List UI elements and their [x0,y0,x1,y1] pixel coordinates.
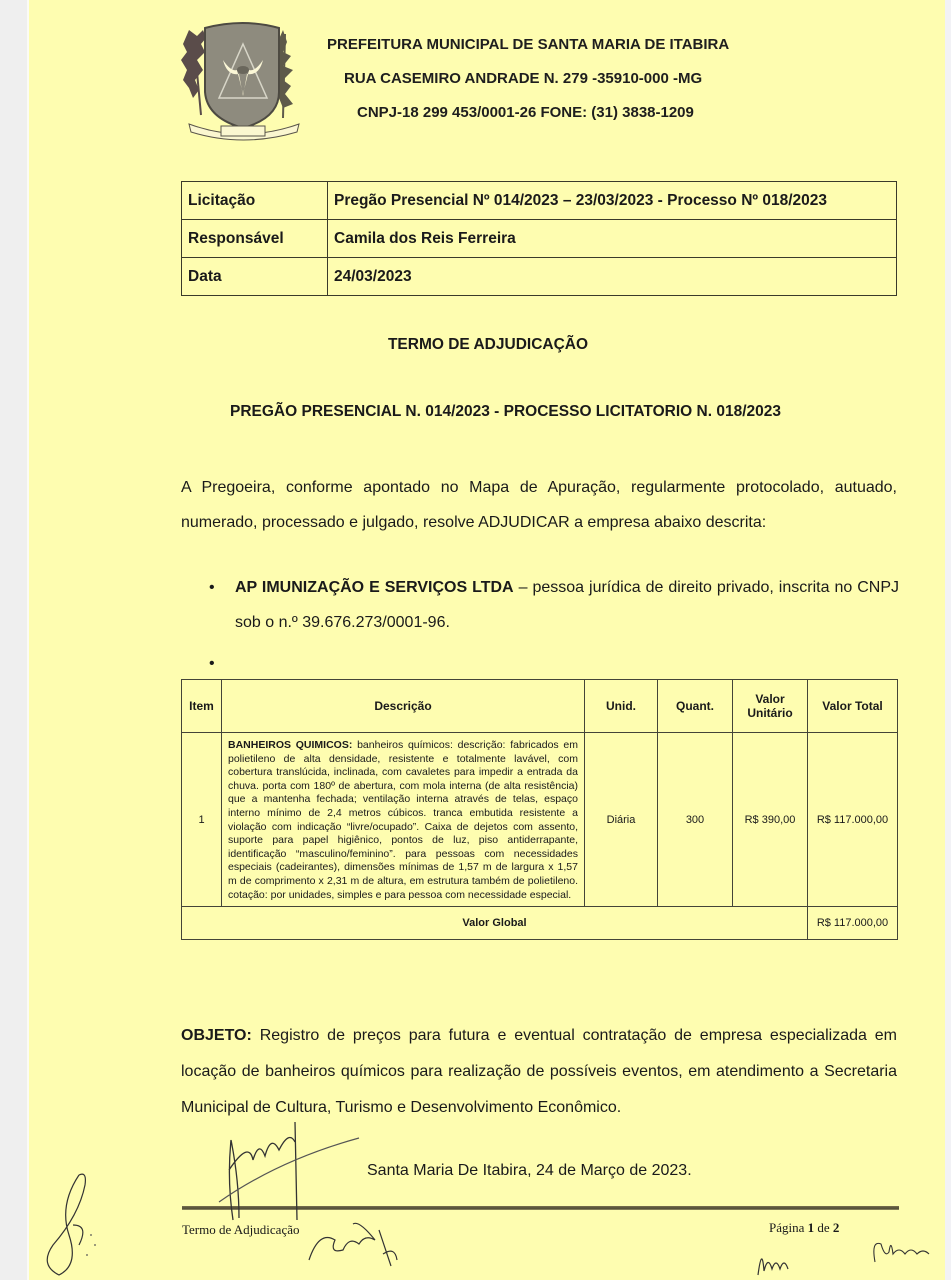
org-contact: CNPJ-18 299 453/0001-26 FONE: (31) 3838-… [327,102,729,136]
footer-divider [182,1206,899,1210]
signature-mark [39,1165,129,1280]
initials-mark [299,1210,419,1280]
col-unit-price: Valor Unitário [733,680,808,733]
info-row: Licitação Pregão Presencial Nº 014/2023 … [182,182,897,220]
info-row: Responsável Camila dos Reis Ferreira [182,220,897,258]
object-label: OBJETO: [181,1027,252,1044]
item-total: R$ 117.000,00 [808,733,898,907]
document-subtitle: PREGÃO PRESENCIAL N. 014/2023 - PROCESSO… [29,403,947,421]
initials-mark [752,1235,812,1280]
col-unit: Unid. [585,680,658,733]
list-item: • AP IMUNIZAÇÃO E SERVIÇOS LTDA – pessoa… [209,570,899,640]
intro-paragraph: A Pregoeira, conforme apontado no Mapa d… [181,470,897,540]
item-title: BANHEIROS QUIMICOS: [228,739,352,751]
letterhead: PREFEITURA MUNICIPAL DE SANTA MARIA DE I… [327,34,729,136]
global-value: R$ 117.000,00 [808,907,898,940]
initials-mark [869,1232,949,1272]
col-item: Item [182,680,222,733]
bullet-icon: • [209,570,215,605]
coat-of-arms-icon [179,20,309,145]
awarded-companies-list: • AP IMUNIZAÇÃO E SERVIÇOS LTDA – pessoa… [209,570,899,681]
viewer-edge [945,0,951,1280]
place-and-date: Santa Maria De Itabira, 24 de Março de 2… [367,1162,692,1180]
org-address: RUA CASEMIRO ANDRADE N. 279 -35910-000 -… [327,68,729,102]
items-header-row: Item Descrição Unid. Quant. Valor Unitár… [182,680,898,733]
item-quantity: 300 [658,733,733,907]
info-label: Responsável [182,220,328,258]
info-label: Licitação [182,182,328,220]
footer-document-name: Termo de Adjudicação [182,1222,300,1238]
procurement-info-table: Licitação Pregão Presencial Nº 014/2023 … [181,181,897,296]
info-label: Data [182,258,328,296]
col-total: Valor Total [808,680,898,733]
page-number: Página 1 de 2 [769,1220,839,1236]
signature-mark [209,1120,369,1230]
bullet-icon: • [209,646,215,681]
global-label: Valor Global [182,907,808,940]
info-value: Camila dos Reis Ferreira [328,220,897,258]
items-table: Item Descrição Unid. Quant. Valor Unitár… [181,679,898,940]
item-unit: Diária [585,733,658,907]
item-unit-price: R$ 390,00 [733,733,808,907]
info-row: Data 24/03/2023 [182,258,897,296]
object-text: Registro de preços para futura e eventua… [181,1027,897,1116]
info-value: 24/03/2023 [328,258,897,296]
global-total-row: Valor Global R$ 117.000,00 [182,907,898,940]
document-title: TERMO DE ADJUDICAÇÃO [29,336,947,354]
item-description: BANHEIROS QUIMICOS: banheiros químicos: … [222,733,585,907]
info-value: Pregão Presencial Nº 014/2023 – 23/03/20… [328,182,897,220]
list-item: • [209,646,899,681]
item-number: 1 [182,733,222,907]
col-quantity: Quant. [658,680,733,733]
object-paragraph: OBJETO: Registro de preços para futura e… [181,1018,897,1126]
table-row: 1 BANHEIROS QUIMICOS: banheiros químicos… [182,733,898,907]
org-name: PREFEITURA MUNICIPAL DE SANTA MARIA DE I… [327,34,729,68]
company-name: AP IMUNIZAÇÃO E SERVIÇOS LTDA [235,579,514,596]
col-description: Descrição [222,680,585,733]
document-page: PREFEITURA MUNICIPAL DE SANTA MARIA DE I… [27,0,947,1280]
item-body: banheiros químicos: descrição: fabricado… [228,739,578,901]
